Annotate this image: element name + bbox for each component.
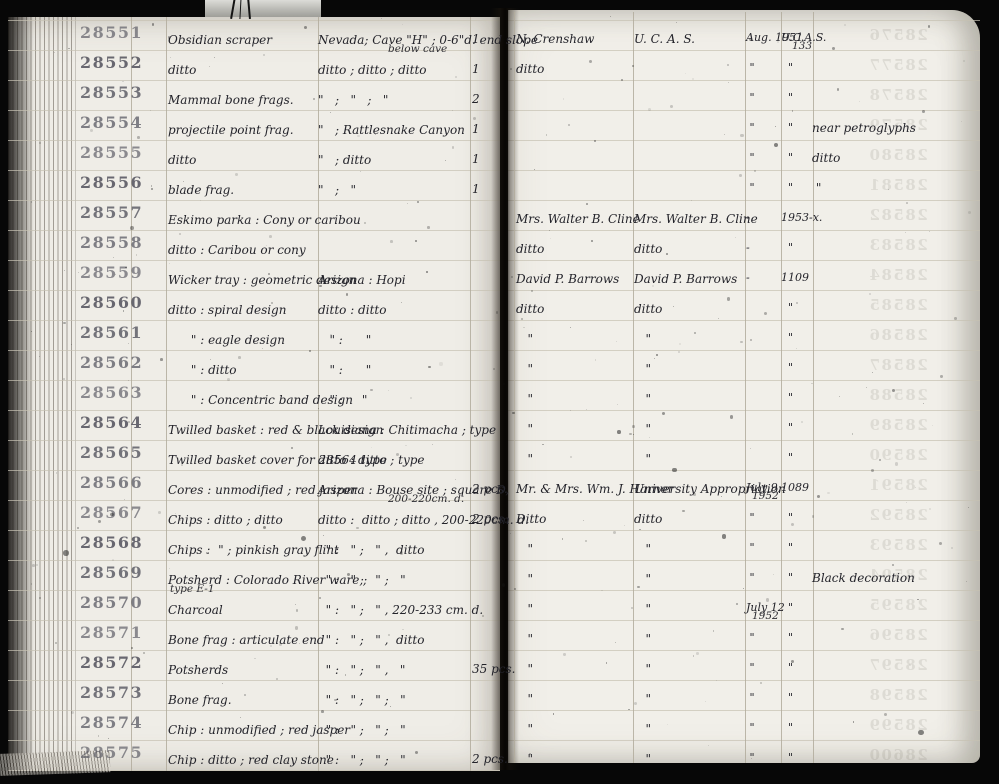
- speck: [152, 23, 154, 25]
- blot: [672, 468, 676, 472]
- speck: [728, 82, 729, 83]
- column-rule: [166, 17, 167, 771]
- object-description: " : eagle design: [168, 334, 285, 346]
- speck: [961, 121, 962, 122]
- speck: [529, 753, 531, 755]
- clip-wire: [239, 0, 241, 19]
- quantity: 1: [472, 123, 480, 135]
- accession-number: ": [781, 602, 793, 613]
- speck: [718, 318, 719, 319]
- fund: ": [634, 633, 651, 645]
- quantity: 2 pcs.: [472, 483, 508, 495]
- speck: [796, 302, 798, 304]
- speck: [968, 211, 971, 214]
- bleedthrough-number: 28588: [868, 388, 928, 403]
- speck: [740, 134, 743, 137]
- locality: " ; ": [318, 184, 356, 196]
- speck: [570, 456, 572, 458]
- accession-number: ": [781, 362, 793, 373]
- accession-number: ": [781, 122, 793, 133]
- speck: [666, 253, 668, 255]
- collector: ": [516, 393, 533, 405]
- object-description-cont: type E-1: [170, 584, 215, 595]
- speck: [110, 513, 113, 516]
- locality: " : " ; " ; ": [318, 754, 406, 766]
- speck: [591, 240, 593, 242]
- speck: [521, 318, 523, 320]
- catalog-number: 28563: [80, 385, 143, 401]
- speck: [168, 36, 170, 38]
- collector: ": [516, 753, 533, 765]
- speck: [594, 140, 596, 142]
- collector: David P. Barrows: [516, 273, 619, 285]
- speck: [589, 60, 592, 63]
- fund: ditto: [634, 303, 662, 315]
- bleedthrough-number: 28590: [868, 448, 928, 463]
- catalog-number: 28568: [80, 535, 143, 551]
- speck: [670, 105, 673, 108]
- catalog-number: 28570: [80, 595, 143, 611]
- accession-number: ": [781, 542, 793, 553]
- remarks: ditto: [812, 152, 840, 164]
- locality: " : " ; " , 220-233 cm. d.: [318, 604, 483, 616]
- speck: [269, 235, 272, 238]
- bleedthrough-number: 28577: [868, 58, 928, 73]
- collector: ": [516, 363, 533, 375]
- collector: ": [516, 573, 533, 585]
- object-description: Charcoal: [168, 604, 223, 616]
- accession-number: ": [781, 332, 793, 343]
- fund: ": [634, 393, 651, 405]
- locality: " : ": [318, 334, 371, 346]
- speck: [427, 226, 429, 228]
- bleedthrough-number: 28600: [868, 748, 928, 763]
- date: ": [746, 572, 755, 583]
- accession-number: ": [781, 662, 793, 673]
- speck: [954, 317, 957, 320]
- accession-number: 1109: [781, 272, 809, 283]
- object-description: Mammal bone frags.: [168, 94, 294, 106]
- speck: [254, 658, 255, 659]
- speck: [244, 694, 246, 696]
- speck: [844, 24, 845, 25]
- catalog-number: 28566: [80, 475, 143, 491]
- speck: [428, 366, 430, 368]
- speck: [238, 356, 241, 359]
- bleedthrough-number: 28589: [868, 418, 928, 433]
- date: ": [746, 512, 755, 523]
- speck: [963, 60, 964, 61]
- column-rule: [514, 12, 515, 763]
- date: ": [746, 182, 755, 193]
- quantity: 1: [472, 63, 480, 75]
- catalog-number: 28556: [80, 175, 143, 191]
- accession-number: ": [781, 152, 793, 163]
- speck: [388, 634, 390, 636]
- catalog-number: 28561: [80, 325, 143, 341]
- fund: ": [634, 453, 651, 465]
- fund: ": [634, 363, 651, 375]
- catalog-number: 28564: [80, 415, 143, 431]
- accession-number: ": [781, 722, 793, 733]
- column-rule: [470, 17, 471, 771]
- locality: " : " ; " ; ": [318, 574, 406, 586]
- speck: [482, 615, 484, 617]
- quantity: 1: [472, 33, 480, 45]
- speck: [63, 322, 65, 324]
- catalog-number: 28557: [80, 205, 143, 221]
- speck: [169, 263, 170, 264]
- speck: [727, 297, 730, 300]
- accession-number: ": [781, 392, 793, 403]
- catalog-number: 28552: [80, 55, 143, 71]
- object-description: blade frag.: [168, 184, 234, 196]
- speck: [534, 169, 535, 170]
- speck: [922, 110, 925, 113]
- speck: [276, 678, 278, 680]
- speck: [266, 754, 268, 756]
- fund: ": [634, 423, 651, 435]
- fund: ": [634, 663, 651, 675]
- speck: [36, 564, 37, 565]
- speck: [811, 383, 813, 385]
- speck: [330, 334, 331, 335]
- date: ": [746, 62, 755, 73]
- fund: ditto: [634, 513, 662, 525]
- locality: Arizona : Hopi: [318, 274, 406, 286]
- speck: [360, 760, 361, 761]
- speck: [291, 447, 293, 449]
- speck: [633, 434, 634, 435]
- bleedthrough-number: 28592: [868, 508, 928, 523]
- collector: ": [516, 423, 533, 435]
- locality-cont: below cave: [388, 44, 447, 55]
- speck: [624, 525, 625, 526]
- locality: " : " ; " , ": [318, 664, 405, 676]
- fund: ": [634, 573, 651, 585]
- accession-number: ": [781, 572, 793, 583]
- speck: [693, 493, 695, 495]
- object-description: " : ditto: [168, 364, 236, 376]
- quantity: 1: [472, 183, 480, 195]
- object-description: ditto: [168, 64, 196, 76]
- speck: [295, 626, 299, 630]
- bleedthrough-number: 28583: [868, 238, 928, 253]
- accession-number: ": [781, 632, 793, 643]
- speck: [390, 240, 393, 243]
- speck: [721, 496, 722, 497]
- locality: ditto ; ditto ; ditto: [318, 64, 427, 76]
- column-rule: [633, 12, 634, 763]
- speck: [39, 597, 40, 598]
- locality: " ; Rattlesnake Canyon: [318, 124, 465, 136]
- speck: [837, 88, 840, 91]
- collector: ": [516, 663, 533, 675]
- speck: [917, 599, 919, 601]
- collector: ": [516, 693, 533, 705]
- speck: [304, 26, 307, 29]
- locality: " : " ; " , ditto: [318, 544, 424, 556]
- accession-number: ": [781, 182, 793, 193]
- collector: Mrs. Walter B. Cline: [516, 213, 640, 225]
- speck: [346, 293, 348, 295]
- speck: [730, 415, 734, 419]
- catalog-number: 28572: [80, 655, 143, 671]
- collector: ditto: [516, 303, 544, 315]
- speck: [131, 647, 133, 649]
- speck: [662, 412, 665, 415]
- speck: [852, 433, 853, 434]
- speck: [158, 511, 161, 514]
- locality-cont: 200-220cm. d.: [388, 494, 464, 505]
- speck: [124, 499, 125, 500]
- clip-wire: [230, 0, 236, 19]
- speck: [330, 112, 331, 113]
- speck: [181, 464, 183, 466]
- accession-number: ": [781, 92, 793, 103]
- speck: [68, 48, 69, 49]
- speck: [906, 202, 908, 204]
- date: ": [746, 662, 755, 673]
- speck: [839, 396, 840, 397]
- speck: [108, 738, 109, 739]
- speck: [170, 57, 171, 58]
- accession-number: 1089: [781, 482, 809, 493]
- speck: [130, 226, 134, 230]
- date: ": [746, 92, 755, 103]
- speck: [319, 285, 322, 288]
- speck: [853, 721, 854, 722]
- speck: [31, 583, 32, 584]
- speck: [632, 65, 634, 67]
- accession-number: ": [781, 452, 793, 463]
- speck: [375, 134, 376, 135]
- bleedthrough-number: 28584: [868, 268, 928, 283]
- speck: [271, 302, 273, 304]
- speck: [510, 68, 512, 70]
- speck: [563, 653, 565, 655]
- locality: ditto : ditto: [318, 304, 386, 316]
- ledger-book-photo: 28551Obsidian scraperNevada; Cave "H" ; …: [0, 0, 999, 784]
- accession-cont: 133: [792, 41, 812, 52]
- catalog-number: 28565: [80, 445, 143, 461]
- speck: [493, 368, 495, 370]
- bleedthrough-number: 28576: [868, 28, 928, 43]
- speck: [510, 533, 511, 534]
- speck: [909, 664, 911, 666]
- speck: [64, 270, 65, 271]
- locality: " ; " ; ": [318, 94, 388, 106]
- speck: [169, 568, 170, 569]
- speck: [750, 339, 751, 340]
- speck: [713, 630, 714, 631]
- remarks: near petroglyphs: [812, 122, 916, 134]
- date-cont: 1952: [752, 491, 779, 502]
- locality: ditto : ditto ; type: [318, 454, 425, 466]
- fund: ": [634, 543, 651, 555]
- speck: [334, 699, 336, 701]
- speck: [402, 24, 403, 25]
- speck: [812, 515, 814, 517]
- object-description: Chip : ditto ; red clay stone: [168, 754, 334, 766]
- accession-number: ": [781, 752, 793, 763]
- object-description: Bone frag.: [168, 694, 232, 706]
- collector: ": [516, 603, 533, 615]
- date: -: [746, 242, 750, 253]
- speck: [727, 64, 729, 66]
- speck: [595, 280, 597, 282]
- speck: [137, 136, 140, 139]
- locality: " : ": [318, 364, 371, 376]
- speck: [31, 331, 32, 332]
- object-description: Eskimo parka : Cony or caribou: [168, 214, 361, 226]
- bleedthrough-number: 28578: [868, 88, 928, 103]
- speck: [39, 356, 40, 357]
- speck: [445, 160, 446, 161]
- object-description: Potsherds: [168, 664, 228, 676]
- speck: [128, 343, 129, 344]
- speck: [739, 174, 742, 177]
- collector: ditto: [516, 243, 544, 255]
- locality: Louisiana : Chitimacha ; type: [318, 424, 496, 436]
- speck: [63, 378, 65, 380]
- collector: ": [516, 723, 533, 735]
- fund: ": [634, 753, 651, 765]
- object-description: ditto : spiral design: [168, 304, 286, 316]
- bleedthrough-number: 28595: [868, 598, 928, 613]
- speck: [637, 586, 640, 589]
- speck: [895, 462, 898, 465]
- speck: [415, 751, 418, 754]
- speck: [473, 117, 476, 120]
- catalog-number: 28569: [80, 565, 143, 581]
- date: -: [746, 272, 750, 283]
- speck: [656, 354, 657, 355]
- accession-number: ": [781, 302, 793, 313]
- speck: [553, 713, 555, 715]
- date: ": [746, 722, 755, 733]
- date-cont: 1952: [752, 611, 779, 622]
- speck: [78, 272, 79, 273]
- speck: [546, 134, 548, 136]
- speck: [583, 520, 584, 521]
- fund: ditto: [634, 243, 662, 255]
- speck: [708, 745, 709, 746]
- bleedthrough-number: 28597: [868, 658, 928, 673]
- bleedthrough-number: 28580: [868, 148, 928, 163]
- date: -: [746, 212, 750, 223]
- speck: [309, 350, 311, 352]
- object-description: ditto : Caribou or cony: [168, 244, 306, 256]
- speck: [570, 410, 571, 411]
- speck: [357, 135, 359, 137]
- speck: [503, 383, 505, 385]
- blot: [63, 550, 69, 556]
- accession-number: ": [781, 62, 793, 73]
- date: ": [746, 152, 755, 163]
- quantity: 2 pcs.: [472, 753, 508, 765]
- catalog-number: 28558: [80, 235, 143, 251]
- object-description: ditto: [168, 154, 196, 166]
- speck: [563, 98, 565, 100]
- speck: [621, 79, 622, 80]
- speck: [542, 444, 543, 445]
- locality: " ; ditto: [318, 154, 371, 166]
- fund: Mrs. Walter B. Cline: [634, 213, 758, 225]
- locality: " : " ; " ; ": [318, 694, 406, 706]
- catalog-number: 28574: [80, 715, 143, 731]
- speck: [667, 724, 668, 725]
- speck: [766, 598, 769, 601]
- collector: ": [516, 633, 533, 645]
- date: ": [746, 542, 755, 553]
- speck: [123, 310, 124, 311]
- quantity: 2: [472, 93, 480, 105]
- locality: " : ": [318, 394, 367, 406]
- speck: [724, 134, 725, 135]
- fund: U. C. A. S.: [634, 33, 695, 45]
- remarks: ": [812, 182, 821, 194]
- catalog-number: 28560: [80, 295, 143, 311]
- fund: ": [634, 333, 651, 345]
- speck: [888, 189, 889, 190]
- speck: [514, 588, 516, 590]
- speck: [32, 564, 35, 567]
- quantity: 2 pcs.: [472, 513, 508, 525]
- speck: [760, 682, 762, 684]
- object-description: projectile point frag.: [168, 124, 294, 136]
- bleedthrough-number: 28582: [868, 208, 928, 223]
- blot: [617, 430, 621, 434]
- collector: ditto: [516, 63, 544, 75]
- speck: [345, 674, 347, 676]
- quantity: 1: [472, 153, 480, 165]
- speck: [160, 358, 163, 361]
- catalog-number: 28573: [80, 685, 143, 701]
- collector: ": [516, 453, 533, 465]
- object-description: Bone frag : articulate end: [168, 634, 325, 646]
- accession-number: 1953-x.: [781, 212, 822, 223]
- speck: [595, 359, 596, 360]
- object-description: Chips : " ; pinkish gray flint: [168, 544, 339, 556]
- speck: [570, 327, 571, 328]
- locality: " : " ; " ; ": [318, 724, 406, 736]
- speck: [691, 200, 692, 201]
- bleedthrough-number: 28587: [868, 358, 928, 373]
- date: ": [746, 692, 755, 703]
- speck: [432, 444, 433, 445]
- speck: [209, 66, 210, 67]
- speck: [892, 564, 893, 565]
- speck: [128, 421, 130, 423]
- collector: Ditto: [516, 513, 546, 525]
- speck: [531, 290, 533, 292]
- speck: [426, 271, 427, 272]
- collector: ": [516, 543, 533, 555]
- bleedthrough-number: 28585: [868, 298, 928, 313]
- fund: ": [634, 723, 651, 735]
- speck: [321, 710, 324, 713]
- collector: ": [516, 333, 533, 345]
- bleedthrough-number: 28596: [868, 628, 928, 643]
- catalog-number: 28571: [80, 625, 143, 641]
- catalog-number: 28559: [80, 265, 143, 281]
- speck: [285, 760, 287, 762]
- speck: [77, 527, 79, 529]
- bleedthrough-number: 28591: [868, 478, 928, 493]
- catalog-number: 28575: [80, 745, 143, 761]
- speck: [318, 408, 319, 409]
